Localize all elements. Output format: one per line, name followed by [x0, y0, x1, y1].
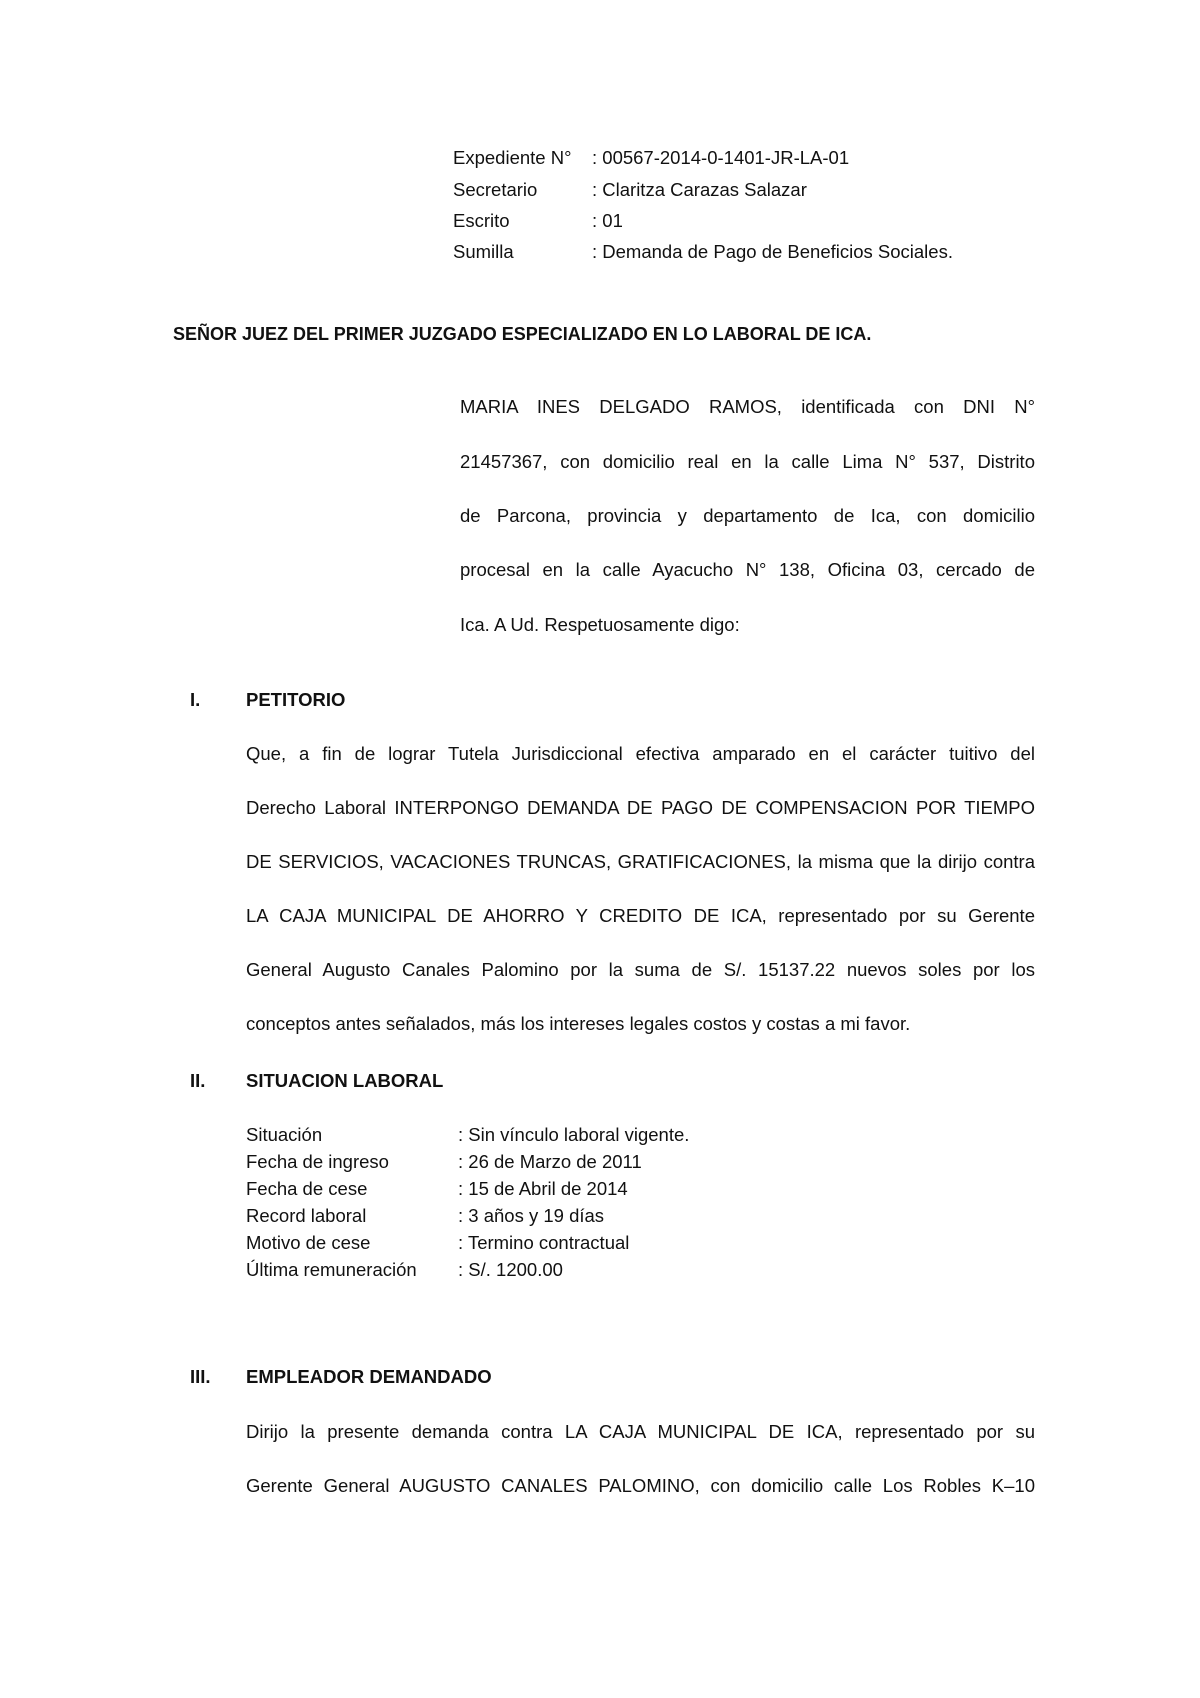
field-label: Record laboral	[246, 1205, 366, 1227]
addressee-heading: SEÑOR JUEZ DEL PRIMER JUZGADO ESPECIALIZ…	[173, 324, 871, 345]
petitorio-line: DE SERVICIOS, VACACIONES TRUNCAS, GRATIF…	[246, 851, 1035, 873]
petitorio-line: LA CAJA MUNICIPAL DE AHORRO Y CREDITO DE…	[246, 905, 1035, 927]
intro-line: procesal en la calle Ayacucho N° 138, Of…	[460, 559, 1035, 581]
petitorio-line: Derecho Laboral INTERPONGO DEMANDA DE PA…	[246, 797, 1035, 819]
field-label: Situación	[246, 1124, 322, 1146]
intro-line: MARIA INES DELGADO RAMOS, identificada c…	[460, 396, 1035, 418]
section-title: PETITORIO	[246, 689, 345, 711]
secretario-label: Secretario	[453, 179, 537, 201]
intro-line: 21457367, con domicilio real en la calle…	[460, 451, 1035, 473]
field-value: : S/. 1200.00	[458, 1259, 563, 1281]
field-value: : 15 de Abril de 2014	[458, 1178, 628, 1200]
section-number: I.	[190, 689, 200, 711]
escrito-label: Escrito	[453, 210, 510, 232]
field-value: : 26 de Marzo de 2011	[458, 1151, 642, 1173]
expediente-value: : 00567-2014-0-1401-JR-LA-01	[592, 147, 849, 169]
section-title: SITUACION LABORAL	[246, 1070, 443, 1092]
petitorio-line: Que, a fin de lograr Tutela Jurisdiccion…	[246, 743, 1035, 765]
empleador-line: Dirijo la presente demanda contra LA CAJ…	[246, 1421, 1035, 1443]
petitorio-line: conceptos antes señalados, más los inter…	[246, 1013, 910, 1035]
petitorio-line: General Augusto Canales Palomino por la …	[246, 959, 1035, 981]
section-title: EMPLEADOR DEMANDADO	[246, 1366, 492, 1388]
sumilla-label: Sumilla	[453, 241, 514, 263]
intro-line: Ica. A Ud. Respetuosamente digo:	[460, 614, 740, 636]
empleador-line: Gerente General AUGUSTO CANALES PALOMINO…	[246, 1475, 1035, 1497]
field-value: : 3 años y 19 días	[458, 1205, 604, 1227]
field-value: : Termino contractual	[458, 1232, 629, 1254]
section-number: II.	[190, 1070, 205, 1092]
section-number: III.	[190, 1366, 211, 1388]
field-value: : Sin vínculo laboral vigente.	[458, 1124, 689, 1146]
expediente-label: Expediente N°	[453, 147, 571, 169]
secretario-value: : Claritza Carazas Salazar	[592, 179, 807, 201]
escrito-value: : 01	[592, 210, 623, 232]
intro-line: de Parcona, provincia y departamento de …	[460, 505, 1035, 527]
field-label: Motivo de cese	[246, 1232, 370, 1254]
field-label: Fecha de cese	[246, 1178, 367, 1200]
sumilla-value: : Demanda de Pago de Beneficios Sociales…	[592, 241, 953, 263]
field-label: Última remuneración	[246, 1259, 417, 1281]
field-label: Fecha de ingreso	[246, 1151, 389, 1173]
